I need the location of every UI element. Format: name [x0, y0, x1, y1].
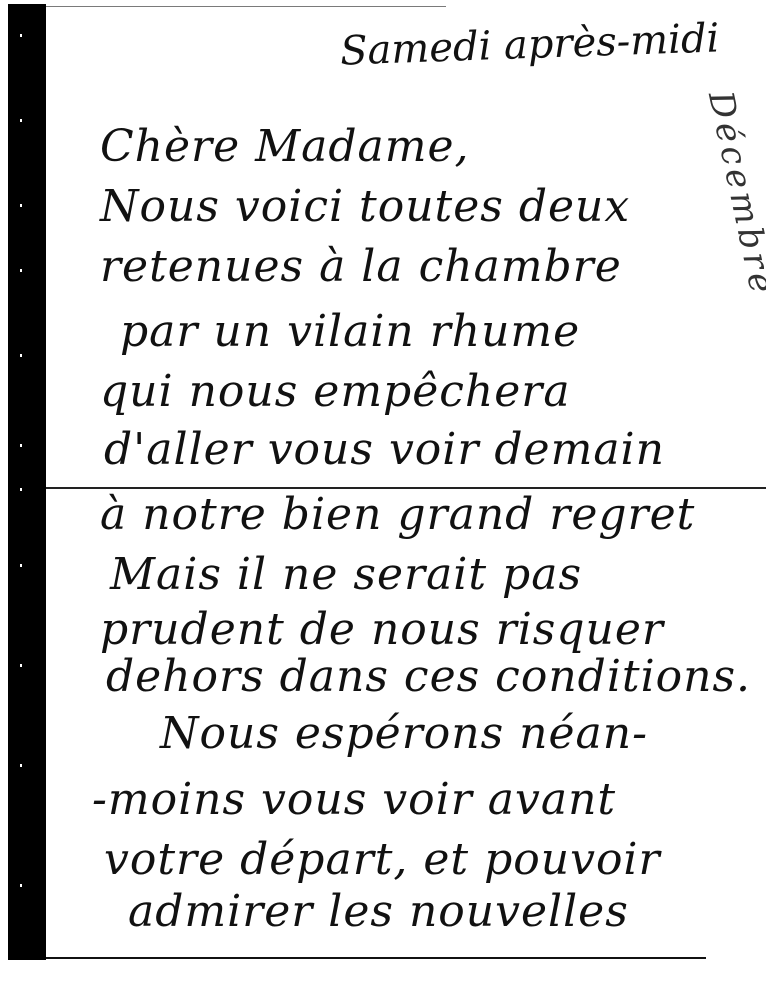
binding-mark: [20, 119, 22, 122]
binding-mark: [20, 884, 22, 887]
letter-line: -moins vous voir avant: [92, 778, 616, 822]
letter-line: votre départ, et pouvoir: [104, 838, 661, 882]
letter-line: admirer les nouvelles: [128, 890, 629, 934]
binding-strip: [8, 4, 46, 960]
binding-mark: [20, 354, 22, 357]
binding-mark: [20, 664, 22, 667]
letter-line: retenues à la chambre: [100, 245, 622, 289]
letter-line: dehors dans ces conditions.: [106, 655, 751, 699]
binding-mark: [20, 34, 22, 37]
page-bottom-edge: [46, 957, 706, 959]
binding-mark: [20, 564, 22, 567]
letter-line: à notre bien grand regret: [100, 493, 695, 537]
letter-line: d'aller vous voir demain: [104, 428, 665, 472]
letter-page: Samedi après-midi Décembre Chère Madame,…: [0, 0, 766, 1000]
binding-mark: [20, 764, 22, 767]
binding-mark: [20, 444, 22, 447]
letter-line: qui nous empêchera: [100, 370, 571, 414]
letter-line: Nous espérons néan-: [160, 712, 648, 756]
margin-note-month: Décembre: [700, 88, 766, 301]
letter-line: Nous voici toutes deux: [100, 185, 630, 229]
letter-line: Mais il ne serait pas: [110, 553, 582, 597]
binding-mark: [20, 204, 22, 207]
date-line: Samedi après-midi: [339, 15, 720, 74]
letter-line: prudent de nous risquer: [100, 608, 664, 652]
page-top-edge: [46, 6, 446, 7]
letter-line: par un vilain rhume: [120, 310, 580, 354]
binding-mark: [20, 269, 22, 272]
binding-mark: [20, 488, 22, 491]
salutation: Chère Madame,: [100, 125, 470, 169]
